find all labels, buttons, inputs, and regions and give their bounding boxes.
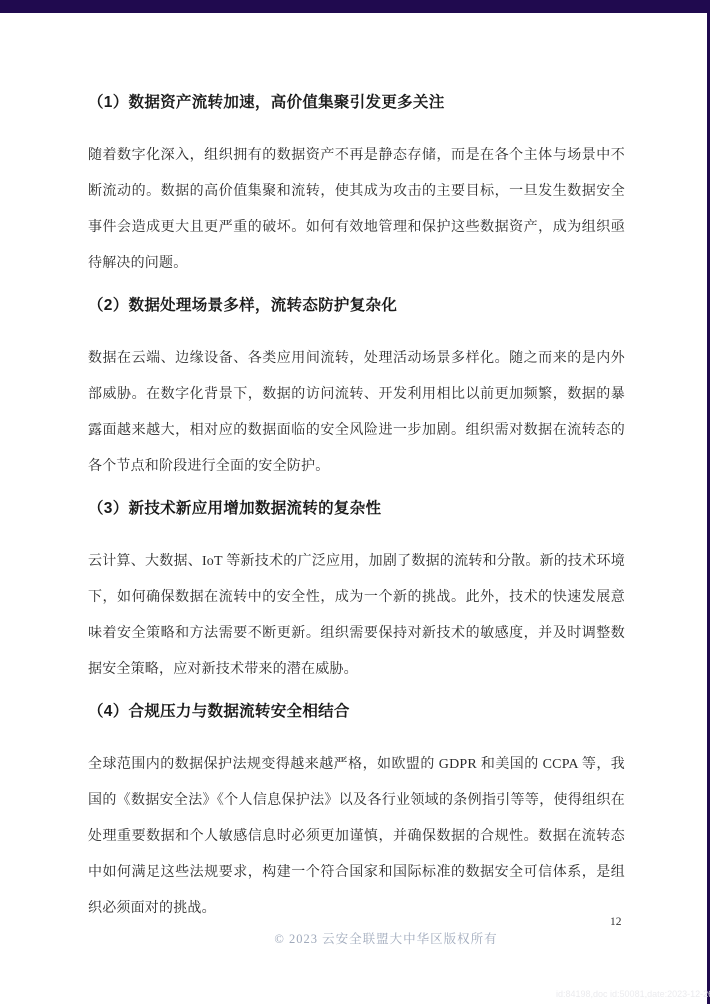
copyright-notice: © 2023 云安全联盟大中华区版权所有 (0, 929, 710, 947)
section-4-heading: （4）合规压力与数据流转安全相结合 (88, 701, 625, 723)
section-1-paragraph: 随着数字化深入，组织拥有的数据资产不再是静态存储，而是在各个主体与场景中不断流动… (88, 138, 625, 282)
section-4-paragraph: 全球范围内的数据保护法规变得越来越严格，如欧盟的 GDPR 和美国的 CCPA … (88, 747, 625, 927)
page-content: （1）数据资产流转加速，高价值集聚引发更多关注 随着数字化深入，组织拥有的数据资… (88, 92, 625, 940)
top-accent-bar (0, 0, 710, 13)
document-page: （1）数据资产流转加速，高价值集聚引发更多关注 随着数字化深入，组织拥有的数据资… (0, 0, 710, 1004)
section-2-heading: （2）数据处理场景多样，流转态防护复杂化 (88, 295, 625, 317)
section-1-heading: （1）数据资产流转加速，高价值集聚引发更多关注 (88, 92, 625, 114)
section-3-heading: （3）新技术新应用增加数据流转的复杂性 (88, 498, 625, 520)
section-2-paragraph: 数据在云端、边缘设备、各类应用间流转，处理活动场景多样化。随之而来的是内外部威胁… (88, 341, 625, 485)
page-number: 12 (610, 916, 622, 928)
section-3-paragraph: 云计算、大数据、IoT 等新技术的广泛应用，加剧了数据的流转和分散。新的技术环境… (88, 544, 625, 688)
watermark-text: id:84198,doc id:50081,date:2023-12-26,sg… (556, 989, 710, 999)
